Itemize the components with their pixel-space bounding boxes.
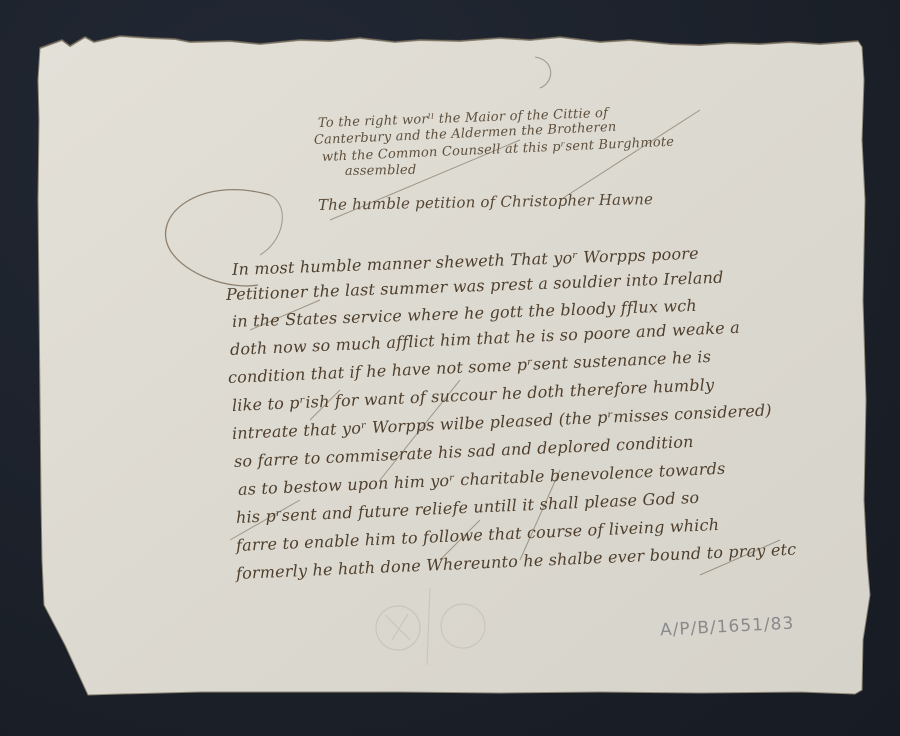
address-line-4: assembled xyxy=(345,163,417,179)
manuscript-sheet: To the right worˡˡ the Maior of the Citt… xyxy=(0,0,900,736)
